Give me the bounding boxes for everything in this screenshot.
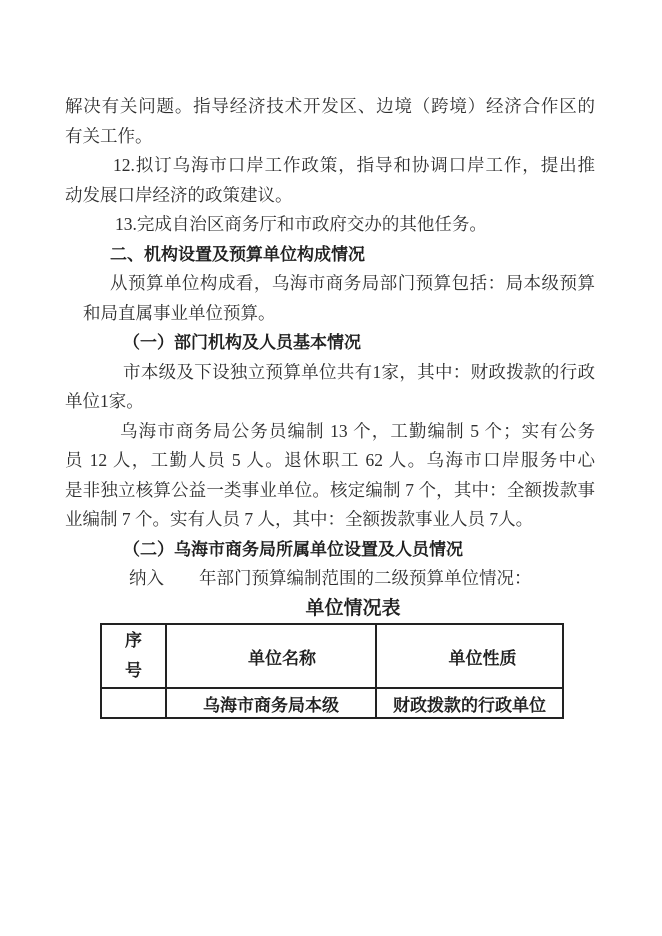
- table-title: 单位情况表: [65, 594, 595, 624]
- column-header-nature: 单位性质: [376, 624, 563, 688]
- doc-line-10: 单位1家。: [65, 387, 595, 417]
- doc-line-13: 是非独立核算公益一类事业单位。核定编制 7 个，其中：全额拨款事: [65, 476, 595, 506]
- subsection-heading-1: （一）部门机构及人员基本情况: [65, 328, 595, 358]
- column-header-seq: 序号: [101, 624, 166, 688]
- doc-line-16: 纳入 年部门预算编制范围的二级预算单位情况：: [65, 564, 595, 594]
- doc-line-1: 有关工作。: [65, 122, 595, 152]
- doc-line-0: 解决有关问题。指导经济技术开发区、边境（跨境）经济合作区的: [65, 92, 595, 122]
- document-content: 解决有关问题。指导经济技术开发区、边境（跨境）经济合作区的 有关工作。 12.拟…: [65, 92, 595, 719]
- document-page: 解决有关问题。指导经济技术开发区、边境（跨境）经济合作区的 有关工作。 12.拟…: [0, 0, 662, 936]
- doc-line-12: 员 12 人，工勤人员 5 人。退休职工 62 人。乌海市口岸服务中心: [65, 446, 595, 476]
- cell-nature: 财政拨款的行政单位: [376, 688, 563, 718]
- doc-line-9: 市本级及下设独立预算单位共有1家，其中：财政拨款的行政: [65, 358, 595, 388]
- doc-line-7: 和局直属事业单位预算。: [65, 299, 595, 329]
- column-header-name: 单位名称: [166, 624, 376, 688]
- cell-name: 乌海市商务局本级: [166, 688, 376, 718]
- doc-line-4: 13.完成自治区商务厅和市政府交办的其他任务。: [65, 210, 595, 240]
- table-header-row: 序号 单位名称 单位性质: [101, 624, 563, 688]
- doc-line-11: 乌海市商务局公务员编制 13 个，工勤编制 5 个；实有公务: [65, 417, 595, 447]
- subsection-heading-2: （二）乌海市商务局所属单位设置及人员情况: [65, 535, 595, 565]
- doc-line-6: 从预算单位构成看，乌海市商务局部门预算包括：局本级预算: [65, 269, 595, 299]
- section-heading-2: 二、机构设置及预算单位构成情况: [65, 240, 595, 270]
- doc-line-2: 12.拟订乌海市口岸工作政策，指导和协调口岸工作，提出推: [65, 151, 595, 181]
- column-header-seq-label: 序号: [124, 626, 143, 686]
- doc-line-14: 业编制 7 个。实有人员 7 人，其中：全额拨款事业人员 7人。: [65, 505, 595, 535]
- doc-line-3: 动发展口岸经济的政策建议。: [65, 181, 595, 211]
- unit-table: 序号 单位名称 单位性质 乌海市商务局本级 财政拨款的行政单位: [100, 623, 564, 719]
- cell-seq: [101, 688, 166, 718]
- table-row: 乌海市商务局本级 财政拨款的行政单位: [101, 688, 563, 718]
